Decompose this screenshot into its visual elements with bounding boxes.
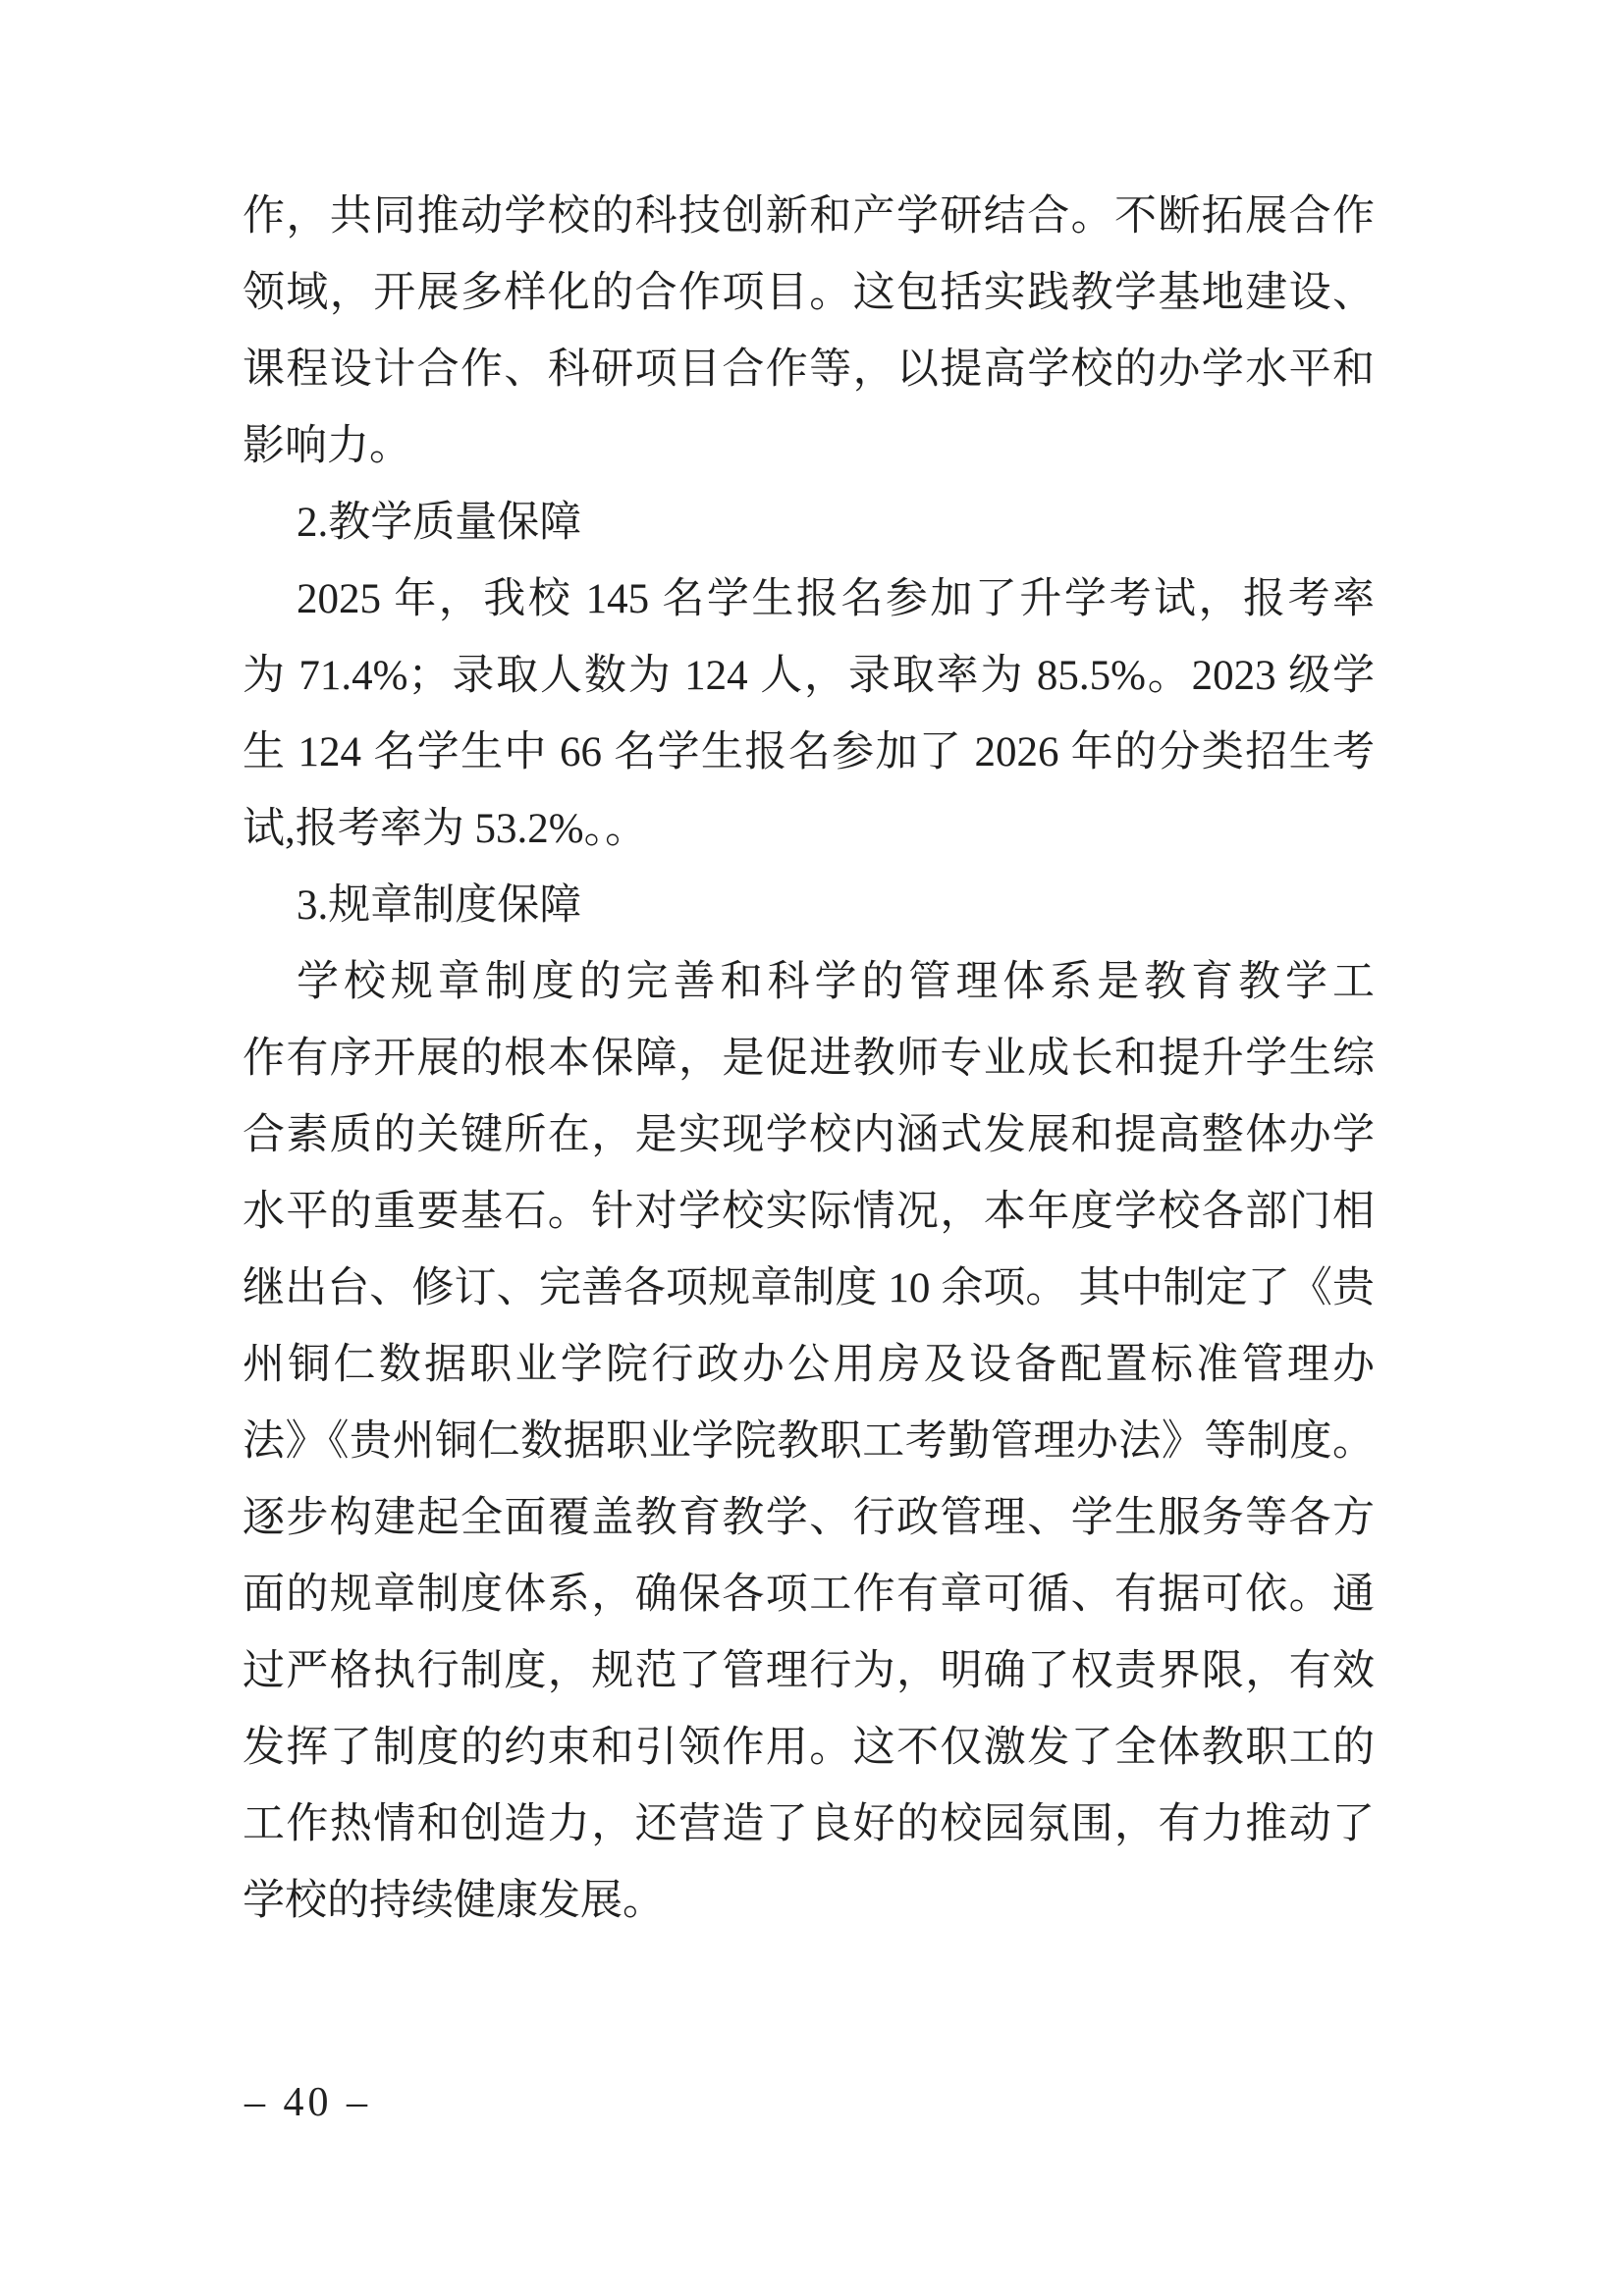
page-number: – 40 – — [244, 2073, 371, 2132]
text-line: 水平的重要基石。针对学校实际情况，本年度学校各部门相 — [243, 1174, 1375, 1251]
text-line: 影响力。 — [243, 408, 1375, 485]
text-line: 州铜仁数据职业学院行政办公用房及设备配置标准管理办 — [243, 1327, 1375, 1404]
text-line: 作，共同推动学校的科技创新和产学研结合。不断拓展合作 — [243, 179, 1375, 255]
text-line: 合素质的关键所在，是实现学校内涵式发展和提高整体办学 — [243, 1097, 1375, 1174]
section-heading-2: 2.教学质量保障 — [243, 485, 1375, 561]
text-line: 为 71.4%；录取人数为 124 人，录取率为 85.5%。2023 级学 — [243, 638, 1375, 715]
text-line: 课程设计合作、科研项目合作等，以提高学校的办学水平和 — [243, 332, 1375, 408]
text-line: 2025 年，我校 145 名学生报名参加了升学考试，报考率 — [243, 561, 1375, 638]
text-line: 发挥了制度的约束和引领作用。这不仅激发了全体教职工的 — [243, 1710, 1375, 1787]
text-line: 领域，开展多样化的合作项目。这包括实践教学基地建设、 — [243, 255, 1375, 332]
text-line: 逐步构建起全面覆盖教育教学、行政管理、学生服务等各方 — [243, 1480, 1375, 1557]
text-line: 作有序开展的根本保障，是促进教师专业成长和提升学生综 — [243, 1021, 1375, 1097]
text-line: 过严格执行制度，规范了管理行为，明确了权责界限，有效 — [243, 1633, 1375, 1710]
text-line: 工作热情和创造力，还营造了良好的校园氛围，有力推动了 — [243, 1787, 1375, 1863]
text-line: 继出台、修订、完善各项规章制度 10 余项。 其中制定了《贵 — [243, 1251, 1375, 1327]
text-line: 面的规章制度体系，确保各项工作有章可循、有据可依。通 — [243, 1557, 1375, 1633]
text-line: 生 124 名学生中 66 名学生报名参加了 2026 年的分类招生考 — [243, 715, 1375, 791]
document-page: 作，共同推动学校的科技创新和产学研结合。不断拓展合作 领域，开展多样化的合作项目… — [0, 0, 1624, 2296]
text-line: 学校的持续健康发展。 — [243, 1863, 1375, 1940]
document-body: 作，共同推动学校的科技创新和产学研结合。不断拓展合作 领域，开展多样化的合作项目… — [243, 179, 1375, 1940]
text-line: 法》《贵州铜仁数据职业学院教职工考勤管理办法》等制度。 — [243, 1404, 1375, 1480]
text-line: 试,报考率为 53.2%。。 — [243, 791, 1375, 868]
section-heading-3: 3.规章制度保障 — [243, 868, 1375, 944]
text-line: 学校规章制度的完善和科学的管理体系是教育教学工 — [243, 944, 1375, 1021]
